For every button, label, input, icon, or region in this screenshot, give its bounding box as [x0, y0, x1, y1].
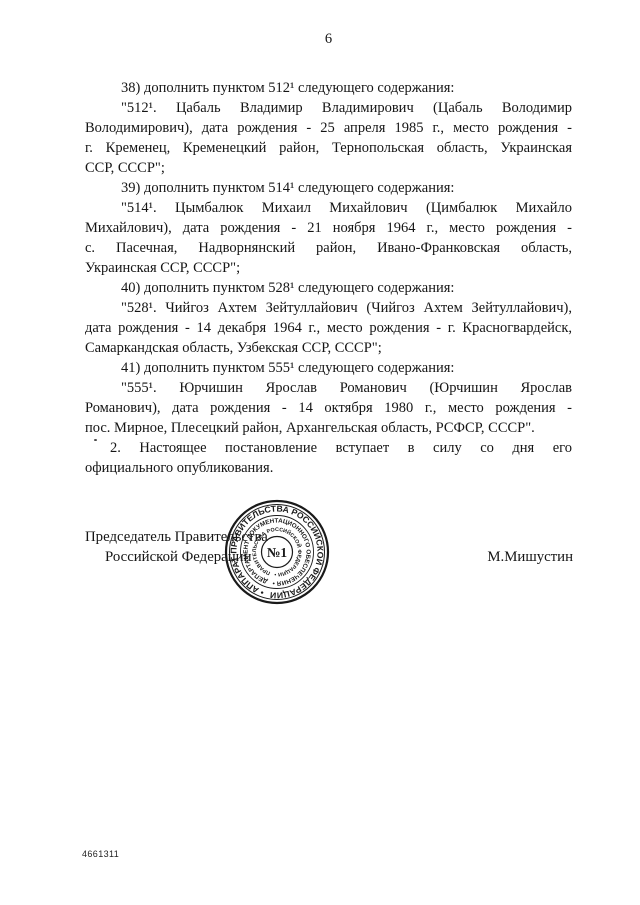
text-line: "555¹. Юрчишин Ярослав Романович (Юрчиши…	[85, 378, 572, 398]
official-stamp: • АППАРАТ ПРАВИТЕЛЬСТВА РОССИЙСКОЙ ФЕДЕР…	[217, 492, 337, 612]
scan-artifact-dot	[94, 439, 97, 441]
text-line: пос. Мирное, Плесецкий район, Архангельс…	[85, 418, 572, 438]
text-line: ССР, СССР";	[85, 158, 572, 178]
text-line: "514¹. Цымбалюк Михаил Михайлович (Цимба…	[85, 198, 572, 218]
text-line: 2. Настоящее постановление вступает в си…	[85, 438, 572, 458]
text-line: г. Кременец, Кременецкий район, Тернопол…	[85, 138, 572, 158]
text-line: 39) дополнить пунктом 514¹ следующего со…	[85, 178, 572, 198]
text-line: дата рождения - 14 декабря 1964 г., мест…	[85, 318, 572, 338]
footer-code: 4661311	[82, 849, 119, 859]
scanned-document-page: 6 38) дополнить пунктом 512¹ следующего …	[0, 0, 640, 905]
text-line: 38) дополнить пунктом 512¹ следующего со…	[85, 78, 572, 98]
text-line: Романович), дата рождения - 14 октября 1…	[85, 398, 572, 418]
text-line: Самаркандская область, Узбекская ССР, СС…	[85, 338, 572, 358]
text-line: Михайлович), дата рождения - 21 ноября 1…	[85, 218, 572, 238]
text-line: Володимирович), дата рождения - 25 апрел…	[85, 118, 572, 138]
text-line: с. Пасечная, Надворнянский район, Ивано-…	[85, 238, 572, 258]
stamp-number: №1	[267, 545, 288, 560]
text-line: 41) дополнить пунктом 555¹ следующего со…	[85, 358, 572, 378]
text-line: 40) дополнить пунктом 528¹ следующего со…	[85, 278, 572, 298]
signature-name: М.Мишустин	[487, 547, 573, 567]
text-line: Украинская ССР, СССР";	[85, 258, 572, 278]
page-number: 6	[85, 30, 572, 48]
text-line: "512¹. Цабаль Владимир Владимирович (Цаб…	[85, 98, 572, 118]
document-body: 38) дополнить пунктом 512¹ следующего со…	[85, 78, 572, 478]
text-line: "528¹. Чийгоз Ахтем Зейтуллайович (Чийго…	[85, 298, 572, 318]
text-line: официального опубликования.	[85, 458, 572, 478]
